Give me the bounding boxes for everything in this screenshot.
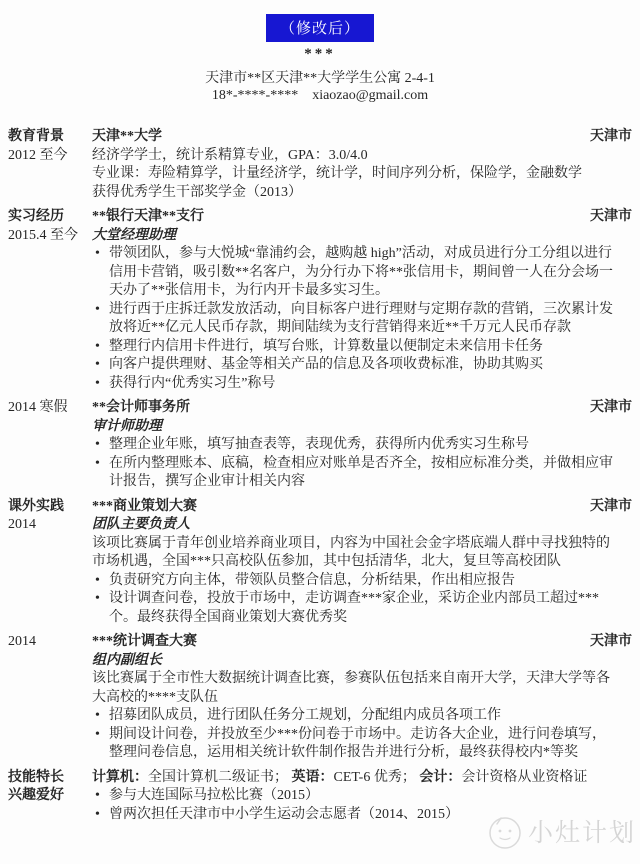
statistics-contest-role: 组内副组长 xyxy=(92,652,632,671)
firm-role: 审计师助理 xyxy=(92,418,632,437)
resume-header: （修改后） *** 天津市**区天津**大学学生公寓 2-4-1 18*-***… xyxy=(8,14,632,104)
firm-name: **会计师事务所 xyxy=(92,399,190,418)
skills-line: 计算机：全国计算机二级证书； 英语：CET-6 优秀； 会计：会计资格从业资格证 xyxy=(92,769,616,788)
business-contest-name: ***商业策划大赛 xyxy=(92,498,197,517)
section-skills-interests: 技能特长 兴趣爱好 计算机：全国计算机二级证书； 英语：CET-6 优秀； 会计… xyxy=(8,769,632,825)
skill-value-computer: 全国计算机二级证书； xyxy=(148,770,288,785)
bank-bullet: 向客户提供理财、基金等相关产品的信息及各项收费标准，协助其购买 xyxy=(92,356,616,375)
statistics-contest-name: ***统计调查大赛 xyxy=(92,633,197,652)
scholarship-line: 获得优秀学生干部奖学金（2013） xyxy=(92,184,616,203)
courses-line: 专业课：寿险精算学，计量经济学，统计学，时间序列分析，保险学，金融数学 xyxy=(92,165,616,184)
section-label-education: 教育背景 xyxy=(8,128,92,147)
firm-bullet: 整理企业年账，填写抽查表等，表现优秀，获得所内优秀实习生称号 xyxy=(92,436,616,455)
skill-value-english: CET-6 优秀； xyxy=(334,770,416,785)
section-internship-accounting: 2014 寒假 **会计师事务所 天津市 审计师助理 整理企业年账，填写抽查表等… xyxy=(8,399,632,492)
resume-body: 教育背景 2012 至今 天津**大学 天津市 经济学学士，统计系精算专业，GP… xyxy=(8,128,632,824)
skill-label-english: 英语： xyxy=(292,770,334,785)
resume-page: （修改后） *** 天津市**区天津**大学学生公寓 2-4-1 18*-***… xyxy=(0,0,640,824)
skill-value-accounting: 会计资格从业资格证 xyxy=(461,770,587,785)
firm-bullet: 在所内整理账本、底稿，检查相应对账单是否齐全，按相应标准分类，并做相应审计报告，… xyxy=(92,455,616,492)
section-extracurricular-statistics: 2014 ***统计调查大赛 天津市 组内副组长 该比赛属于全市性大数据统计调查… xyxy=(8,633,632,763)
section-education: 教育背景 2012 至今 天津**大学 天津市 经济学学士，统计系精算专业，GP… xyxy=(8,128,632,202)
business-contest-bullet: 设计调查问卷，投放于市场中，走访调查***家企业，采访企业内部员工超过***个。… xyxy=(92,590,616,627)
interest-bullet: 参与大连国际马拉松比赛（2015） xyxy=(92,787,616,806)
skill-label-accounting: 会计： xyxy=(419,770,461,785)
accounting-dates: 2014 寒假 xyxy=(8,399,92,418)
bank-name: **银行天津**支行 xyxy=(92,208,204,227)
revision-tag: （修改后） xyxy=(266,14,374,42)
candidate-name: *** xyxy=(8,46,632,63)
business-contest-bullet: 负责研究方向主体，带领队员整合信息，分析结果，作出相应报告 xyxy=(92,572,616,591)
section-label-internship: 实习经历 xyxy=(8,208,92,227)
section-extracurricular-business: 课外实践 2014 ***商业策划大赛 天津市 团队主要负责人 该项比赛属于青年… xyxy=(8,498,632,628)
school-name: 天津**大学 xyxy=(92,128,162,147)
bank-bullet: 获得行内“优秀实习生”称号 xyxy=(92,375,616,394)
bank-bullet: 进行西于庄拆迁款发放活动，向目标客户进行理财与定期存款的营销，三次累计发放将近*… xyxy=(92,301,616,338)
section-label-skills: 技能特长 xyxy=(8,769,92,788)
business-contest-location: 天津市 xyxy=(590,498,632,517)
education-dates: 2012 至今 xyxy=(8,147,92,166)
address-line: 天津市**区天津**大学学生公寓 2-4-1 xyxy=(8,67,632,87)
skill-label-computer: 计算机： xyxy=(92,770,148,785)
business-contest-year: 2014 xyxy=(8,516,92,535)
bank-bullet: 整理行内信用卡件进行，填写台账，计算数量以便制定未来信用卡任务 xyxy=(92,338,616,357)
firm-location: 天津市 xyxy=(590,399,632,418)
business-contest-description: 该项比赛属于青年创业培养商业项目，内容为中国社会金字塔底端人群中寻找独特的市场机… xyxy=(92,535,616,572)
email-address: xiaozao@gmail.com xyxy=(312,88,428,103)
degree-line: 经济学学士，统计系精算专业，GPA：3.0/4.0 xyxy=(92,147,616,166)
bank-dates: 2015.4 至今 xyxy=(8,227,92,246)
school-location: 天津市 xyxy=(590,128,632,147)
statistics-contest-location: 天津市 xyxy=(590,633,632,652)
bank-location: 天津市 xyxy=(590,208,632,227)
contact-line: 18*-****-****xiaozao@gmail.com xyxy=(8,88,632,104)
statistics-contest-bullet: 期间设计问卷，并投放至少***份问卷于市场中。走访各大企业，进行问卷填写，整理问… xyxy=(92,726,616,763)
statistics-contest-year: 2014 xyxy=(8,633,92,652)
section-label-extracurricular: 课外实践 xyxy=(8,498,92,517)
bank-bullet: 带领团队，参与大悦城“靠浦约会，越购越 high”活动，对成员进行分工分组以进行… xyxy=(92,245,616,301)
phone-number: 18*-****-**** xyxy=(212,88,298,103)
business-contest-role: 团队主要负责人 xyxy=(92,516,632,535)
statistics-contest-bullet: 招募团队成员，进行团队任务分工规划，分配组内成员各项工作 xyxy=(92,707,616,726)
statistics-contest-description: 该比赛属于全市性大数据统计调查比赛，参赛队伍包括来自南开大学，天津大学等各大高校… xyxy=(92,670,616,707)
interest-bullet: 曾两次担任天津市中小学生运动会志愿者（2014、2015） xyxy=(92,806,616,825)
section-internship-bank: 实习经历 2015.4 至今 **银行天津**支行 天津市 大堂经理助理 带领团… xyxy=(8,208,632,393)
bank-role: 大堂经理助理 xyxy=(92,227,632,246)
section-label-interests: 兴趣爱好 xyxy=(8,787,92,806)
